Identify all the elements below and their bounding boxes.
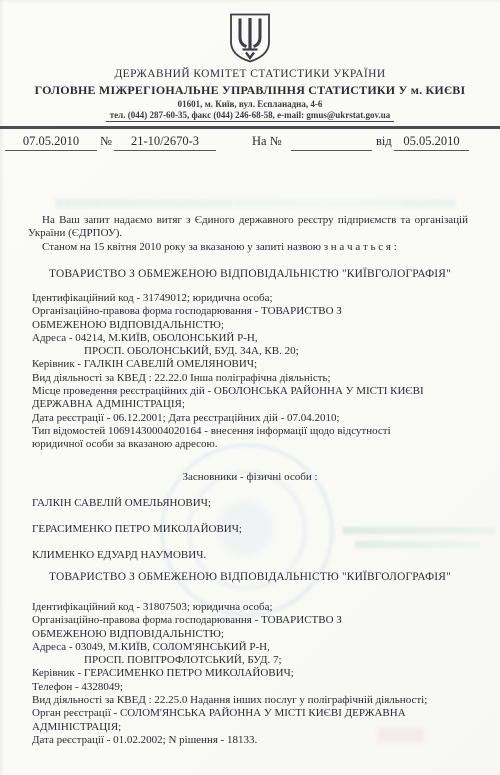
detail-line: Ідентифікаційний код - 31749012; юридичн… [32,292,474,305]
org-contacts-text: тел. (044) 287-60-35, факс (044) 246-68-… [106,110,395,122]
founder-name: ГАЛКІН САВЕЛІЙ ОМЕЛЬЯНОВИЧ; [32,497,211,510]
scan-edge-shadow-top [0,0,500,3]
detail-line: Організаційно-правова форма господарюван… [32,614,474,627]
company1-title: ТОВАРИСТВО З ОБМЕЖЕНОЮ ВІДПОВІДАЛЬНІСТЮ … [0,268,500,280]
founder-name: КЛИМЕНКО ЕДУАРД НАУМОВИЧ. [32,549,206,562]
detail-line: Орган реєстрації - СОЛОМ'ЯНСЬКА РАЙОННА … [32,707,474,720]
detail-line: Організаційно-правова форма господарюван… [32,305,474,318]
detail-line: Телефон - 4328049; [32,681,474,694]
incoming-date-field: 05.05.2010 [394,134,469,151]
org-name-committee: ДЕРЖАВНИЙ КОМІТЕТ СТАТИСТИКИ УКРАЇНИ [0,68,500,80]
org-contacts-line: тел. (044) 287-60-35, факс (044) 246-68-… [0,110,500,122]
company2-title: ТОВАРИСТВО З ОБМЕЖЕНОЮ ВІДПОВІДАЛЬНІСТЮ … [0,571,500,583]
founders-heading: Засновники - фізичні особи : [0,471,500,484]
detail-line: Місце проведення реєстраційних дій - ОБО… [32,385,474,398]
incoming-number-label: На № [252,134,282,150]
outgoing-number-field: 21-10/2670-3 [114,134,216,151]
ink-bleedthrough-streak [343,527,495,534]
detail-line: Дата реєстрації - 06.12.2001; Дата реєст… [32,412,474,425]
incoming-date-label: від [376,134,392,150]
detail-line: Керівник - ГЕРАСИМЕНКО ПЕТРО МИКОЛАЙОВИЧ… [32,667,474,680]
reference-row: 07.05.2010 № 21-10/2670-3 На № від 05.05… [0,134,500,154]
detail-line: ПРОСП. ОБОЛОНСЬКИЙ, БУД. 34А, КВ. 20; [32,345,474,358]
detail-line: Керівник - ГАЛКІН САВЕЛІЙ ОМЕЛЯНОВИЧ; [32,358,474,371]
ink-bleedthrough-streak [55,199,455,208]
org-name-department: ГОЛОВНЕ МІЖРЕГІОНАЛЬНЕ УПРАВЛІННЯ СТАТИС… [0,83,500,98]
detail-line: ОБМЕЖЕНОЮ ВІДПОВІДАЛЬНІСТЮ; [32,319,474,332]
detail-line: Дата реєстрації - 01.02.2002; N рішення … [32,734,474,747]
detail-line: юридичної особи за вказаною адресою. [32,438,474,451]
company1-details: Ідентифікаційний код - 31749012; юридичн… [32,292,474,452]
org-postal-address: 01601, м. Київ, вул. Еспланадна, 4-6 [0,99,500,109]
ukraine-trident-emblem-icon [227,13,273,68]
detail-line: ПРОСП. ПОВІТРОФЛОТСЬКИЙ, БУД. 7; [32,654,474,667]
detail-line: Адреса - 04214, М.КИЇВ, ОБОЛОНСЬКИЙ Р-Н, [32,332,474,345]
detail-line: АДМІНІСТРАЦІЯ; [32,721,474,734]
ink-bleedthrough-streak [355,541,480,548]
number-sign-label: № [100,134,112,150]
intro-paragraph: Станом на 15 квітня 2010 року за вказано… [28,241,468,254]
detail-line: Вид діяльності за КВЕД : 22.25.0 Надання… [32,694,474,707]
company2-details: Ідентифікаційний код - 31807503; юридичн… [32,601,474,747]
detail-line: Адреса - 03049, М.КИЇВ, СОЛОМ'ЯНСЬКИЙ Р-… [32,641,474,654]
incoming-number-field [291,134,372,151]
intro-paragraph: На Ваш запит надаємо витяг з Єдиного дер… [28,214,468,241]
detail-line: ДЕРЖАВНА АДМІНІСТРАЦІЯ; [32,398,474,411]
detail-line: Ідентифікаційний код - 31807503; юридичн… [32,601,474,614]
intro-section: На Ваш запит надаємо витяг з Єдиного дер… [28,214,468,254]
detail-line: Тип відомостей 10691430004020164 - внесе… [32,425,474,438]
letterhead-divider-rule [0,126,500,129]
founder-name: ГЕРАСИМЕНКО ПЕТРО МИКОЛАЙОВИЧ; [32,523,242,536]
outgoing-date-field: 07.05.2010 [5,134,97,151]
detail-line: ОБМЕЖЕНОЮ ВІДПОВІДАЛЬНІСТЮ; [32,628,474,641]
scanned-letter-page: ДЕРЖАВНИЙ КОМІТЕТ СТАТИСТИКИ УКРАЇНИ ГОЛ… [0,0,500,775]
detail-line: Вид діяльності за КВЕД : 22.22.0 Інша по… [32,372,474,385]
